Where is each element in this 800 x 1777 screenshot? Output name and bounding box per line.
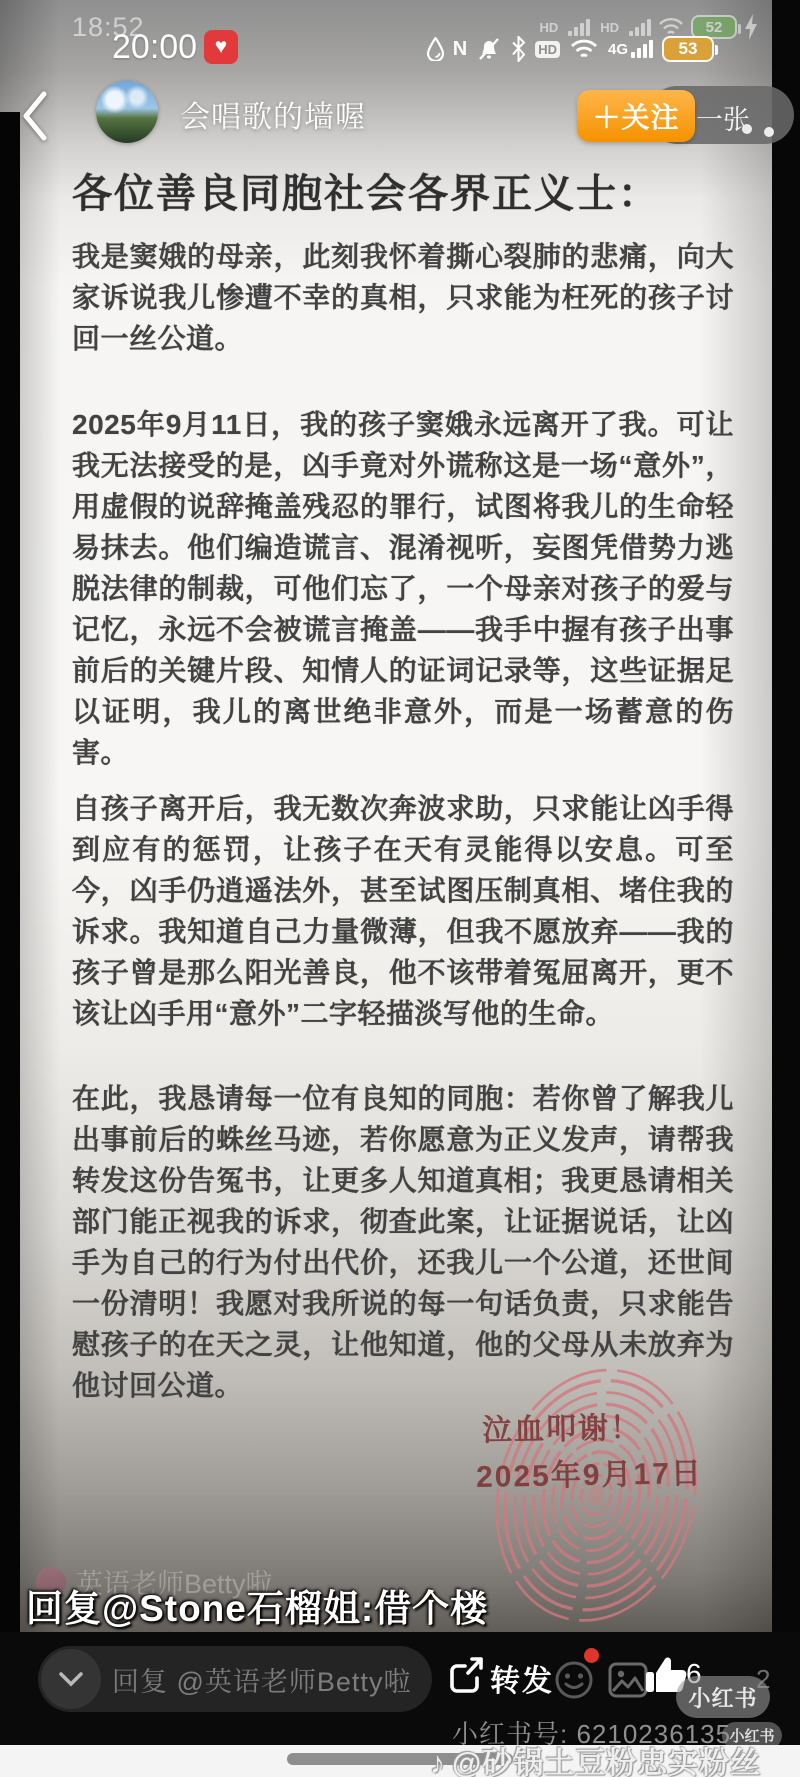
- follow-button[interactable]: ＋关注: [577, 90, 695, 142]
- weibo-watermark: ♪@砂锅土豆粉忠实粉丝: [430, 1738, 761, 1777]
- screen: 各位善良同胞社会各界正义士： 我是窦娥的母亲，此刻我怀着撕心裂肺的悲痛，向大家诉…: [0, 0, 800, 1777]
- document-title: 各位善良同胞社会各界正义士：: [72, 162, 752, 219]
- battery-icon: 53: [662, 36, 714, 62]
- share-icon[interactable]: [446, 1654, 486, 1696]
- letterbox-left: [0, 112, 20, 1632]
- heart-app-icon: ♥: [204, 30, 238, 64]
- collapse-button[interactable]: [41, 1649, 101, 1709]
- chevron-down-icon: [58, 1671, 84, 1687]
- username: 会唱歌的墙喔: [180, 92, 366, 136]
- back-chevron-icon[interactable]: [20, 90, 50, 142]
- letterbox-right: [772, 0, 800, 1632]
- mute-bell-icon: [476, 37, 502, 61]
- watermark-handle: @砂锅土豆粉忠实粉丝: [452, 1747, 761, 1777]
- document-paragraph: 2025年9月11日，我的孩子窦娥永远离开了我。可让我无法接受的是，凶手竟对外谎…: [72, 404, 734, 773]
- music-note-icon: ♪: [430, 1747, 446, 1777]
- water-drop-icon: [427, 37, 444, 61]
- notification-dot: [584, 1648, 599, 1663]
- bluetooth-icon: [511, 36, 526, 62]
- post-image[interactable]: 各位善良同胞社会各界正义士： 我是窦娥的母亲，此刻我怀着撕心裂肺的悲痛，向大家诉…: [0, 0, 800, 1632]
- document: 各位善良同胞社会各界正义士： 我是窦娥的母亲，此刻我怀着撕心裂肺的悲痛，向大家诉…: [0, 0, 772, 1632]
- signal-4g-icon: 4G: [608, 40, 653, 58]
- nfc-icon: N: [453, 38, 467, 61]
- forward-button[interactable]: 转发: [490, 1656, 554, 1700]
- status-bar-inner: 20:00 ♥ N HD 4G 53: [0, 26, 772, 70]
- bottom-toolbar: 回复 @英语老师Betty啦 转发 6 2 小红书 小红书 小红书号: 6210…: [0, 1632, 800, 1745]
- document-paragraph: 我是窦娥的母亲，此刻我怀着撕心裂肺的悲痛，向大家诉说我儿惨遭不幸的真相，只求能为…: [72, 236, 734, 359]
- inner-clock: 20:00: [112, 28, 197, 67]
- signature-date: 2025年9月17日: [476, 1448, 704, 1496]
- pinned-comment: 回复@Stone石榴姐:借个楼: [26, 1578, 488, 1632]
- document-paragraph: 自孩子离开后，我无数次奔波求助，只求能让凶手得到应有的惩罚，让孩子在天有灵能得以…: [72, 788, 734, 1034]
- reply-placeholder: 回复 @英语老师Betty啦: [112, 1646, 411, 1712]
- avatar[interactable]: [96, 81, 158, 143]
- reply-input[interactable]: 回复 @英语老师Betty啦: [38, 1646, 432, 1712]
- wifi-icon: [569, 38, 599, 61]
- smiley-icon[interactable]: [552, 1658, 596, 1702]
- post-header: 会唱歌的墙喔 一张 ＋关注: [0, 76, 772, 150]
- xiaohongshu-badge: 小红书: [676, 1676, 770, 1718]
- hd-badge-icon: HD: [535, 41, 560, 58]
- signature-thanks: 泣血叩谢！: [482, 1403, 643, 1450]
